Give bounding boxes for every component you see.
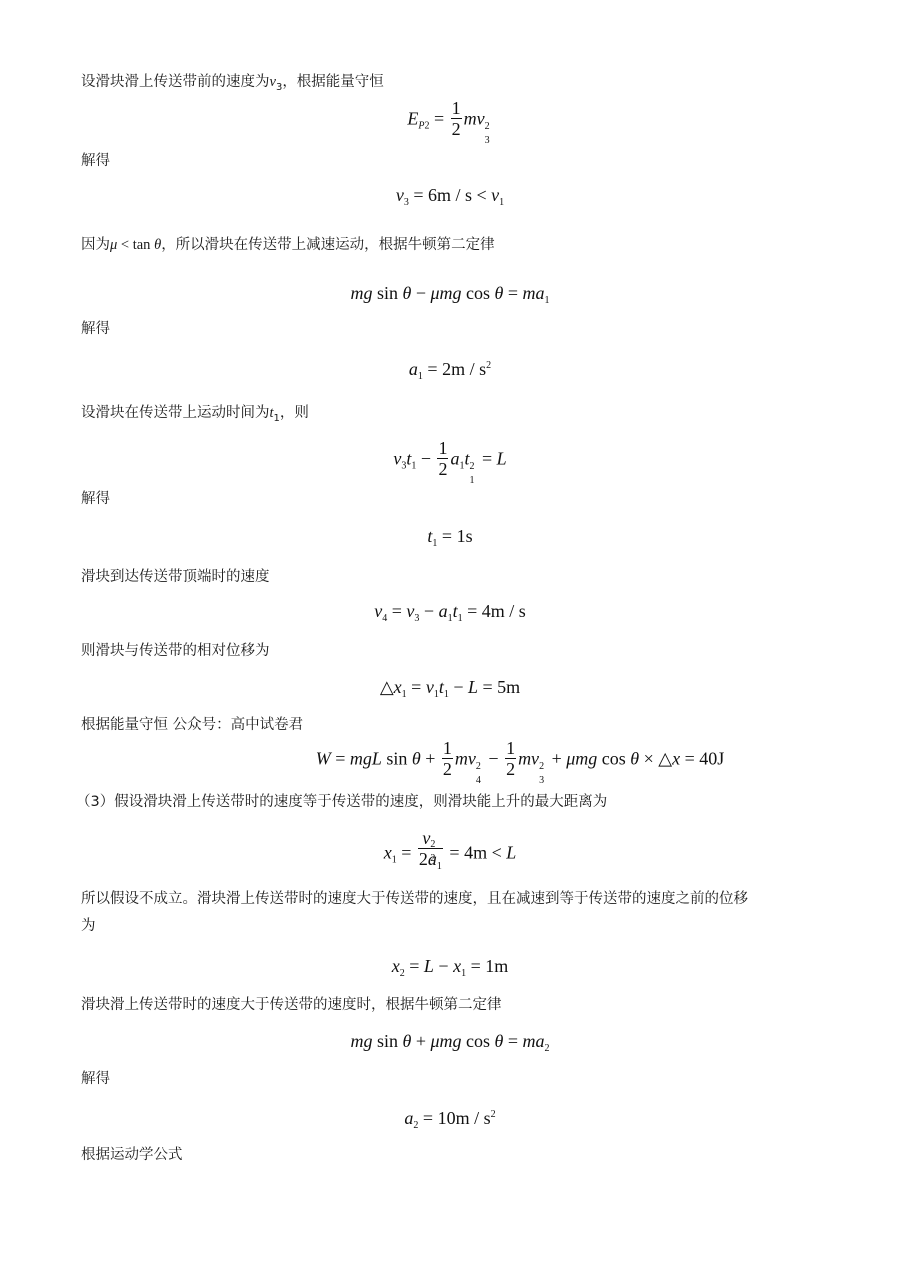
equation-t1: t1 = 1s: [0, 525, 900, 555]
text-line-relative-displacement: 则滑块与传送带的相对位移为: [81, 642, 270, 660]
value-v4: 4m / s: [482, 601, 526, 621]
value-v3: 6m / s: [428, 185, 472, 205]
text-line-faster-than-belt: 滑块滑上传送带时的速度大于传送带的速度时，根据牛顿第二定律: [81, 996, 502, 1014]
equation-newton-1: mg sin θ − μmg cos θ = ma1: [0, 282, 900, 312]
value-t1: 1s: [457, 526, 473, 546]
text-line-energy-conservation: 根据能量守恒 公众号：高中试卷君: [81, 716, 303, 734]
equation-dx1: △x1 = v1t1 − L = 5m: [0, 676, 900, 706]
equation-displacement-L: v3t1 − 12a1t21 = L: [0, 440, 900, 481]
value-a2: 10m / s: [438, 1108, 491, 1128]
text-segment: 因为: [81, 237, 110, 253]
equation-v4: v4 = v3 − a1t1 = 4m / s: [0, 600, 900, 630]
text-segment: ，根据能量守恒: [282, 74, 384, 90]
document-page: 设滑块滑上传送带前的速度为v3，根据能量守恒 EP2 = 12mv23 解得 v…: [0, 0, 900, 1273]
equation-newton-2: mg sin θ + μmg cos θ = ma2: [0, 1030, 900, 1060]
equation-a2: a2 = 10m / s2: [0, 1104, 900, 1137]
equation-work-W: W = mgL sin θ + 12mv24 − 12mv23 + μmg co…: [70, 740, 900, 781]
text-segment: 设滑块在传送带上运动时间为: [81, 405, 270, 421]
text-line-top-velocity: 滑块到达传送带顶端时的速度: [81, 568, 270, 586]
equation-v3: v3 = 6m / s < v1: [0, 184, 900, 214]
text-line-solve: 解得: [81, 1070, 110, 1088]
text-segment: < tan: [117, 237, 154, 253]
text-segment: 设滑块滑上传送带前的速度为: [81, 74, 270, 90]
value-x2: 1m: [485, 956, 508, 976]
value-W: 40J: [699, 749, 724, 769]
text-line-solve: 解得: [81, 320, 110, 338]
text-line-part3-assumption: （3）假设滑块滑上传送带时的速度等于传送带的速度，则滑块能上升的最大距离为: [76, 793, 607, 811]
value-a1: 2m / s: [442, 359, 486, 379]
text-line-assumption-invalid-cont: 为: [81, 917, 96, 935]
value-dx1: 5m: [497, 677, 520, 697]
text-line-mu-tan: 因为μ < tan θ，所以滑块在传送带上减速运动，根据牛顿第二定律: [81, 236, 495, 254]
equation-ep2: EP2 = 12mv23: [0, 100, 900, 141]
text-line-assumption-invalid: 所以假设不成立。滑块滑上传送带时的速度大于传送带的速度，且在减速到等于传送带的速…: [81, 890, 748, 908]
text-line-kinematics: 根据运动学公式: [81, 1146, 183, 1164]
text-line-solve: 解得: [81, 152, 110, 170]
equation-a1: a1 = 2m / s2: [0, 355, 900, 388]
text-segment: ，所以滑块在传送带上减速运动，根据牛顿第二定律: [161, 237, 495, 253]
text-segment: ，则: [280, 405, 309, 421]
equation-x1: x1 = v222a1 = 4m < L: [0, 830, 900, 879]
text-line-time-t1: 设滑块在传送带上运动时间为t1，则: [81, 404, 309, 428]
value-x1: 4m: [464, 843, 487, 863]
text-line-velocity-v3: 设滑块滑上传送带前的速度为v3，根据能量守恒: [81, 73, 384, 97]
equation-x2: x2 = L − x1 = 1m: [0, 955, 900, 985]
text-line-solve: 解得: [81, 490, 110, 508]
